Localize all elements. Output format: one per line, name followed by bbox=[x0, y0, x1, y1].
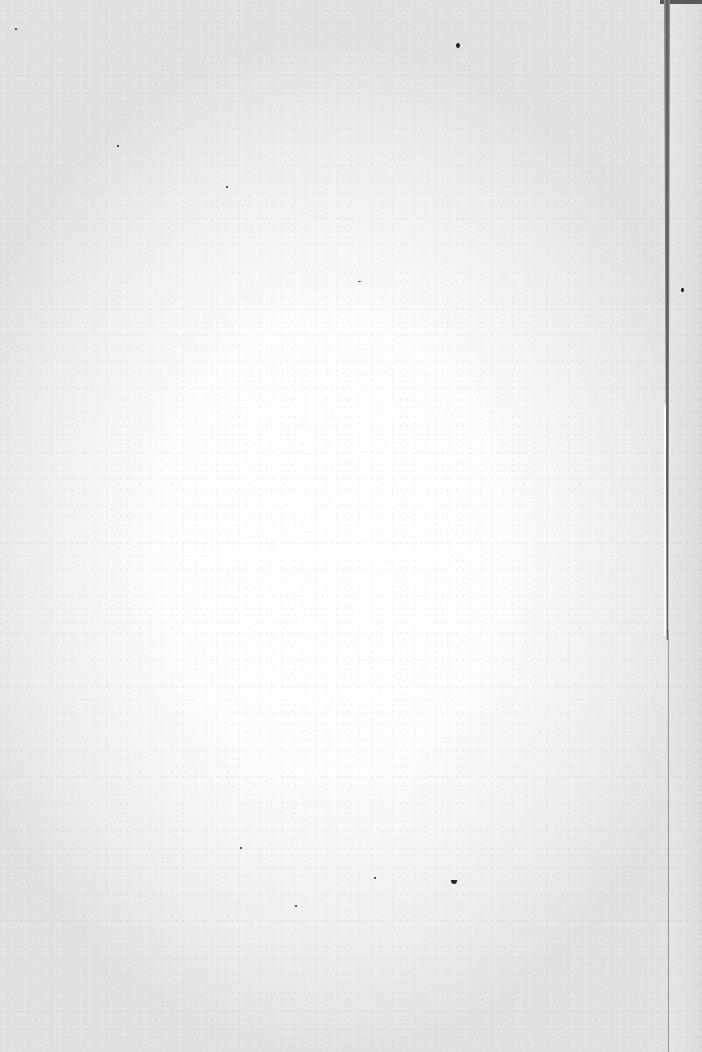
gutter-line bbox=[668, 630, 669, 1052]
facing-page-edge bbox=[671, 0, 702, 1052]
paper-speck bbox=[681, 288, 684, 292]
scanned-page bbox=[0, 0, 702, 1052]
paper-speck bbox=[456, 43, 460, 48]
paper-speck bbox=[15, 28, 17, 30]
page-content bbox=[60, 60, 622, 992]
gutter-highlight bbox=[664, 405, 666, 635]
